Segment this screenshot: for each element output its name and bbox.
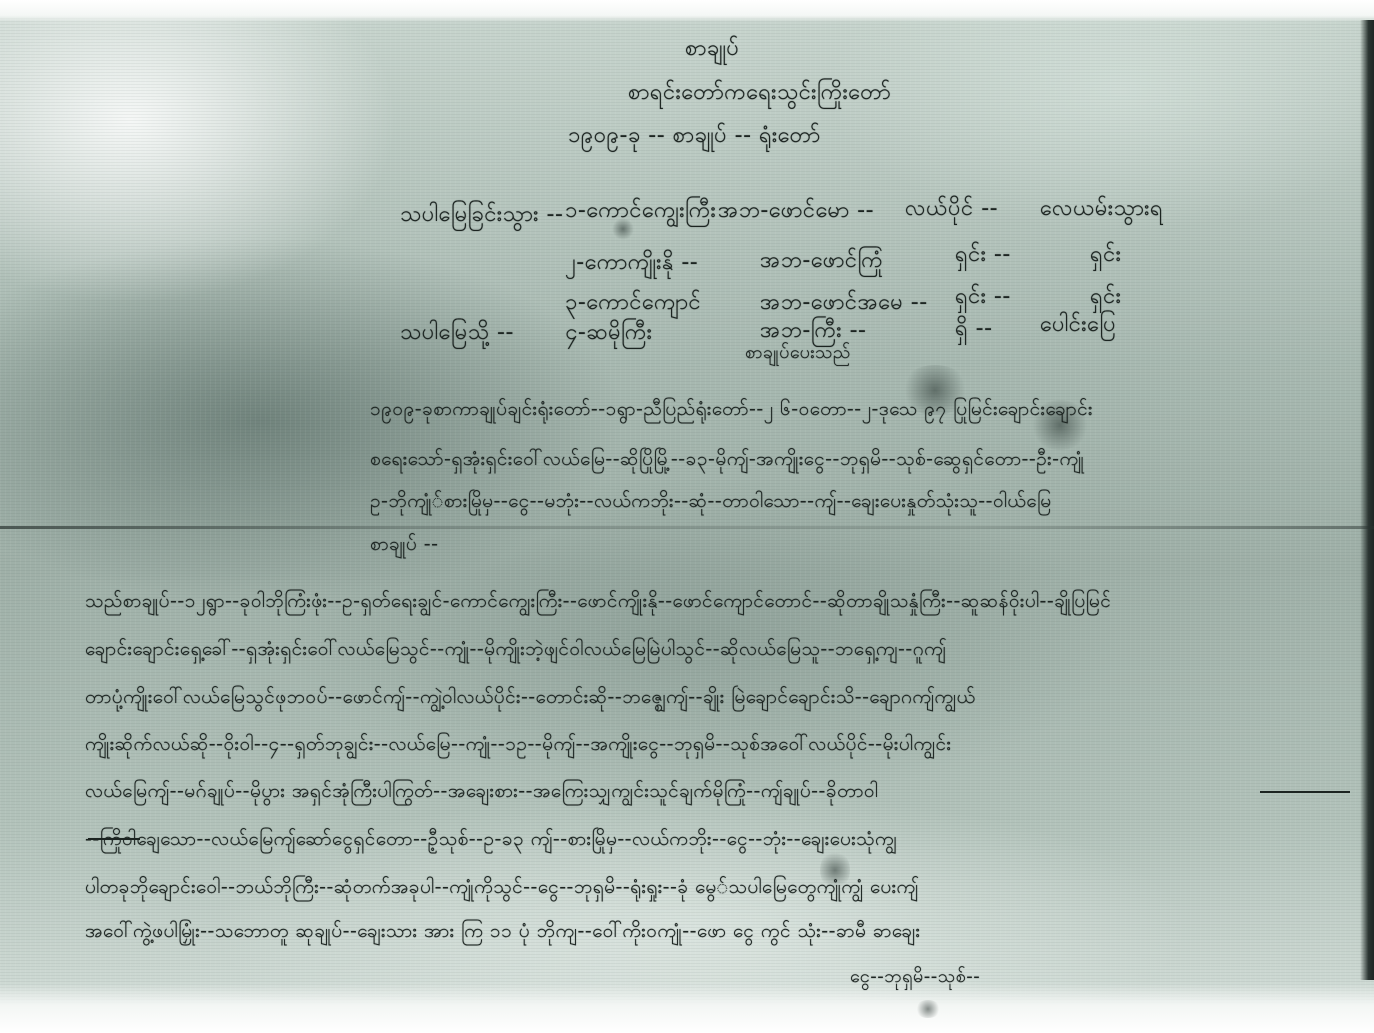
signature-line: ငွေ--ဘုရှမိ--သုစ်-- <box>850 968 980 986</box>
table-row-4-label: သပါမြေသို့ -- <box>400 322 514 344</box>
table-row-4-col4: ရှိ -- <box>955 318 993 340</box>
heading-line-3: ၁၉၀၉-ခု -- စာချုပ် -- ရုံးတော် <box>568 125 821 147</box>
heading-line-2: စာရင်းတော်ကရေးသွင်းကြိုးတော် <box>628 82 891 104</box>
top-margin <box>0 0 1374 22</box>
manuscript-photo: စာချုပ် စာရင်းတော်ကရေးသွင်းကြိုးတော် ၁၉၀… <box>0 0 1374 1033</box>
table-row-3-name: အဘ-ဖောင်အမေ -- <box>760 292 928 314</box>
table-row-2-item: ၂-ကောကျိုးနို -- <box>565 252 698 274</box>
heading-line-1: စာချုပ် <box>685 38 739 60</box>
strike-through-mark <box>88 838 140 840</box>
paragraph-1-line-2: စရေးသော်-ရှအုံးရှင်းဝေါ်လယ်မြေ--ဆိုပြိုမ… <box>370 450 1084 469</box>
table-row-4-name2: စာချုပ်ပေးသည် <box>745 344 851 362</box>
paragraph-2-line-3: တာပုံ့ကျိုးဝေါ်လယ်မြေသွင်ဖုဘဝပ်--ဖောင်ကျ… <box>85 688 976 707</box>
table-row-2-col4: ရှင်း -- <box>955 244 1011 266</box>
table-row-3-item: ၃-ကောင်ကျောင် <box>565 292 701 314</box>
table-row-1-col4: လယ်ပိုင် -- <box>905 198 998 220</box>
paragraph-1-line-4: စာချုပ် -- <box>370 535 439 554</box>
strike-through-mark <box>1260 791 1350 793</box>
paragraph-2-line-5: လယ်မြေကျ်--မဂ်ချုပ်--မိုပွား အရှင်အုံကြီ… <box>85 782 878 801</box>
table-row-1-label: သပါမြေခြင်းသွား -- <box>400 204 563 226</box>
table-row-3-col4: ရှင်း -- <box>955 286 1011 308</box>
paragraph-1-line-1: ၁၉၀၉-ခုစာကာချုပ်ချင်းရုံးတော်--၁ရွာ-ညီပြ… <box>370 400 1093 419</box>
paragraph-1-line-3: ဥ-ဘိုကျုံ်စားမြိုမှ--ငွေ--မဘုံး--လယ်ကဘို… <box>370 492 1052 511</box>
bottom-margin <box>0 983 1374 1033</box>
table-row-3-col5: ရှင်း <box>1090 286 1121 308</box>
paragraph-2-line-2: ချောင်းချောင်းရှေ့ခေါ်--ရှအုံးရှင်းဝေါ်လ… <box>85 640 946 659</box>
paper-edge-shadow <box>1360 20 1374 980</box>
paragraph-2-line-8: အဝေါ်ကွဲ့ဖပါမြှုံး--သဘောတူ ဆုချုပ်--ချေး… <box>85 922 920 941</box>
table-row-2-name: အဘ-ဖောင်ကြုံ <box>760 250 883 272</box>
paper-fold-line <box>0 526 1374 529</box>
paragraph-2-line-7: ပါတခုဘိုချောင်းဝေါ--ဘယ်ဘိုကြီး--ဆုံတက်အခ… <box>85 878 919 897</box>
paragraph-2-line-4: ကျိုးဆိုက်လယ်ဆို--ဝိုးဝါ--၄--ရှတ်ဘုချွင်… <box>85 735 951 754</box>
table-row-1-item: ၁-ကောင်ကျွေးကြီး <box>565 200 716 222</box>
paragraph-2-line-6: --ကြိုဝါချေသော--လယ်မြေကျ်ဆော်ငွေရှင်တော-… <box>85 830 897 849</box>
table-row-4-name: အဘ-ကြီး -- <box>760 320 867 342</box>
table-row-4-col5: ပေါင်းပြေ <box>1040 314 1116 336</box>
paragraph-2-line-1: သည်စာချုပ်--၁၂ရွာ--ခုဝါဘိုကြံးဖုံး--ဥ-ရှ… <box>85 592 1111 611</box>
ink-blot <box>915 1000 941 1018</box>
table-row-1-name: အဘ-ဖောင်မော -- <box>718 200 874 222</box>
table-row-4-item: ၄-ဆမိုကြီး <box>565 322 652 344</box>
table-row-1-col5: လေယမ်းသွားရ <box>1040 198 1163 220</box>
table-row-2-col5: ရှင်း <box>1090 244 1121 266</box>
